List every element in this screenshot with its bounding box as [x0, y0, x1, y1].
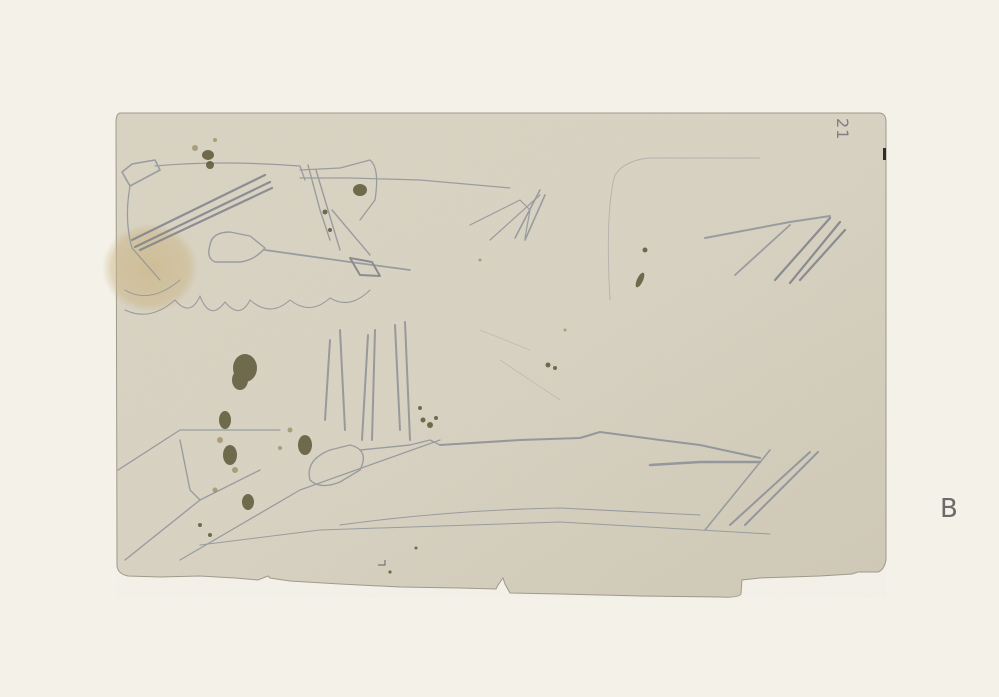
sheet-number: 21 — [833, 118, 852, 140]
mount-label: B — [940, 496, 958, 522]
sketch-sheet — [0, 0, 999, 697]
